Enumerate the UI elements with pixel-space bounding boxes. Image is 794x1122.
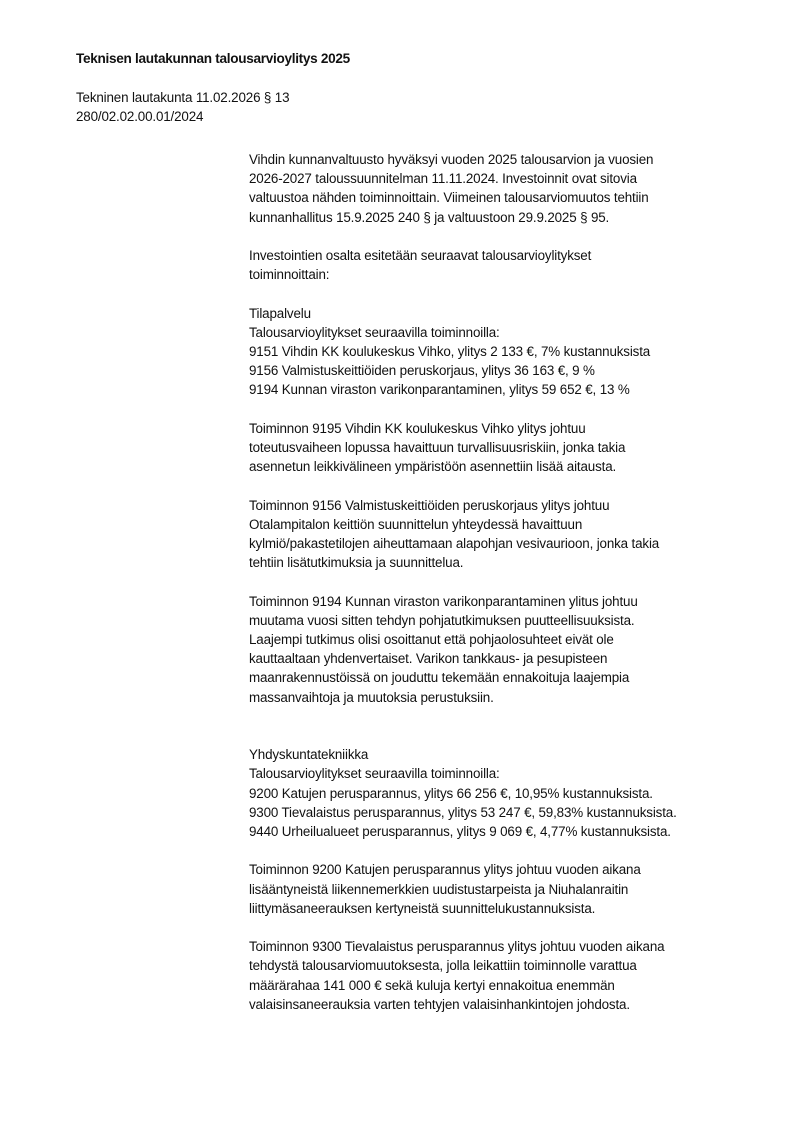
text-line: massanvaihtoja ja muutoksia perustuksiin…: [249, 688, 739, 707]
document-title: Teknisen lautakunnan talousarvioylitys 2…: [76, 51, 350, 66]
text-line: tehtiin lisätutkimuksia ja suunnittelua.: [249, 553, 739, 572]
text-line: toiminnoittain:: [249, 265, 739, 284]
text-line: 2026-2027 taloussuunnitelman 11.11.2024.…: [249, 169, 739, 188]
document-page: Teknisen lautakunnan talousarvioylitys 2…: [0, 0, 794, 1122]
explanation-9300-paragraph: Toiminnon 9300 Tievalaistus perusparannu…: [249, 937, 739, 1014]
explanation-9156-paragraph: Toiminnon 9156 Valmistuskeittiöiden peru…: [249, 496, 739, 573]
meeting-reference: Tekninen lautakunta 11.02.2026 § 13: [76, 88, 289, 107]
text-line: määrärahaa 141 000 € sekä kuluja kertyi …: [249, 976, 739, 995]
text-line: toteutusvaiheen lopussa havaittuun turva…: [249, 438, 739, 457]
explanation-9200-paragraph: Toiminnon 9200 Katujen perusparannus yli…: [249, 860, 739, 918]
text-line: kauttaaltaan yhdenvertaiset. Varikon tan…: [249, 649, 739, 668]
yhdyskuntatekniikka-overruns-list: YhdyskuntatekniikkaTalousarvioylitykset …: [249, 745, 739, 841]
tilapalvelu-overruns-list: TilapalveluTalousarvioylitykset seuraavi…: [249, 304, 739, 400]
text-line: 9440 Urheilualueet perusparannus, ylitys…: [249, 822, 739, 841]
explanation-9195-paragraph: Toiminnon 9195 Vihdin KK koulukeskus Vih…: [249, 419, 739, 477]
text-line: Toiminnon 9156 Valmistuskeittiöiden peru…: [249, 496, 739, 515]
record-number: 280/02.02.00.01/2024: [76, 107, 289, 126]
text-line: Vihdin kunnanvaltuusto hyväksyi vuoden 2…: [249, 150, 739, 169]
text-line: Yhdyskuntatekniikka: [249, 745, 739, 764]
text-line: Toiminnon 9194 Kunnan viraston varikonpa…: [249, 592, 739, 611]
text-line: valaisinsaneerauksia varten tehtyjen val…: [249, 995, 739, 1014]
investments-intro-paragraph: Investointien osalta esitetään seuraavat…: [249, 246, 739, 284]
text-line: lisääntyneistä liikennemerkkien uudistus…: [249, 880, 739, 899]
text-line: 9300 Tievalaistus perusparannus, ylitys …: [249, 803, 739, 822]
text-line: Talousarvioylitykset seuraavilla toiminn…: [249, 323, 739, 342]
explanation-9194-paragraph: Toiminnon 9194 Kunnan viraston varikonpa…: [249, 592, 739, 707]
text-line: 9156 Valmistuskeittiöiden peruskorjaus, …: [249, 361, 739, 380]
text-line: asennetun leikkivälineen ympäristöön ase…: [249, 457, 739, 476]
text-line: Toiminnon 9300 Tievalaistus perusparannu…: [249, 937, 739, 956]
text-line: 9194 Kunnan viraston varikonparantaminen…: [249, 380, 739, 399]
text-line: valtuustoa nähden toiminnoittain. Viimei…: [249, 188, 739, 207]
text-line: muutama vuosi sitten tehdyn pohjatutkimu…: [249, 611, 739, 630]
text-line: maanrakennustöissä on jouduttu tekemään …: [249, 668, 739, 687]
text-line: Otalampitalon keittiön suunnittelun yhte…: [249, 515, 739, 534]
text-line: Investointien osalta esitetään seuraavat…: [249, 246, 739, 265]
text-line: kylmiö/pakastetilojen aiheuttamaan alapo…: [249, 534, 739, 553]
document-meta: Tekninen lautakunta 11.02.2026 § 13 280/…: [76, 88, 289, 126]
document-body: Vihdin kunnanvaltuusto hyväksyi vuoden 2…: [249, 150, 739, 1033]
text-line: Tilapalvelu: [249, 304, 739, 323]
text-line: liittymäsaneerauksen kertyneistä suunnit…: [249, 899, 739, 918]
text-line: Laajempi tutkimus olisi osoittanut että …: [249, 630, 739, 649]
text-line: Toiminnon 9200 Katujen perusparannus yli…: [249, 860, 739, 879]
text-line: Talousarvioylitykset seuraavilla toiminn…: [249, 764, 739, 783]
text-line: Toiminnon 9195 Vihdin KK koulukeskus Vih…: [249, 419, 739, 438]
text-line: 9151 Vihdin KK koulukeskus Vihko, ylitys…: [249, 342, 739, 361]
intro-paragraph: Vihdin kunnanvaltuusto hyväksyi vuoden 2…: [249, 150, 739, 227]
text-line: kunnanhallitus 15.9.2025 240 § ja valtuu…: [249, 208, 739, 227]
text-line: 9200 Katujen perusparannus, ylitys 66 25…: [249, 784, 739, 803]
text-line: tehdystä talousarviomuutoksesta, jolla l…: [249, 956, 739, 975]
